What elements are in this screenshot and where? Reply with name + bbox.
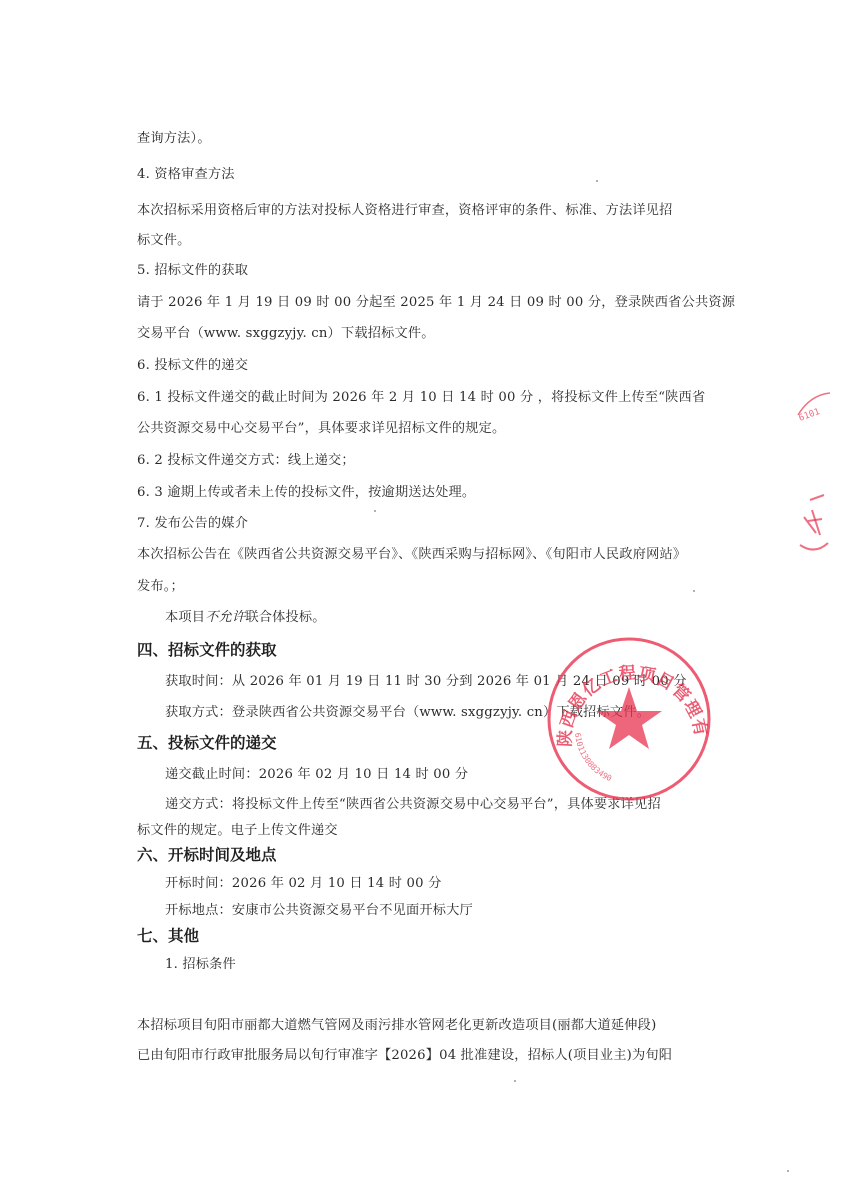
scan-speck — [596, 180, 598, 182]
text-line: 已由旬阳市行政审批服务局以旬行审准字【2026】04 批准建设，招标人(项目业主… — [137, 1047, 672, 1065]
text-fragment: 联合体投标。 — [245, 610, 325, 625]
text-line: 标文件的规定。电子上传文件递交 — [137, 822, 338, 840]
text-line: 本招标项目旬阳市丽都大道燃气管网及雨污排水管网老化更新改造项目(丽都大道延伸段) — [137, 1017, 656, 1035]
section-heading-7: 七、其他 — [137, 926, 199, 946]
text-line: 交易平台（www. sxggzyjy. cn）下载招标文件。 — [137, 325, 435, 343]
section-heading-5: 五、投标文件的递交 — [137, 733, 277, 753]
text-line: 查询方法）。 — [137, 130, 211, 148]
scan-speck — [514, 1080, 516, 1082]
opening-place: 开标地点：安康市公共资源交易平台不见面开标大厅 — [165, 902, 473, 920]
text-line: 6. 1 投标文件递交的截止时间为 2026 年 2 月 10 日 14 时 0… — [137, 389, 705, 407]
section-heading-4: 四、招标文件的获取 — [137, 640, 277, 660]
text-line: 本次招标公告在《陕西省公共资源交易平台》、《陕西采购与招标网》、《旬阳市人民政府… — [137, 546, 686, 564]
seal-number-text: 6101130883490 — [573, 732, 613, 783]
text-line: 公共资源交易中心交易平台”，具体要求详见招标文件的规定。 — [137, 420, 505, 438]
text-line: 发布。； — [137, 578, 184, 596]
text-line: 6. 2 投标文件递交方式：线上递交； — [137, 452, 355, 470]
opening-time: 开标时间：2026 年 02 月 10 日 14 时 00 分 — [165, 875, 442, 893]
emphasis-not-allowed: 不允许 — [205, 610, 245, 625]
text-line: 请于 2026 年 1 月 19 日 09 时 00 分起至 2025 年 1 … — [137, 294, 735, 312]
svg-text:6101130883490: 6101130883490 — [573, 732, 613, 783]
scan-speck — [693, 590, 695, 592]
company-seal-icon: 陕西恩亿工程项目管理有限公司 6101130883490 — [545, 635, 713, 803]
partial-seal-icon: 6101 — [790, 385, 841, 565]
subheading-submit-bids: 6. 投标文件的递交 — [137, 357, 248, 375]
subheading-qualification-review: 4. 资格审查方法 — [137, 166, 235, 184]
scan-speck — [374, 510, 376, 512]
subheading-publication-media: 7. 发布公告的媒介 — [137, 515, 248, 533]
scan-speck — [787, 1170, 789, 1172]
subheading-obtain-documents: 5. 招标文件的获取 — [137, 262, 248, 280]
text-fragment: 本项目 — [165, 610, 205, 625]
text-line: 本次招标采用资格后审的方法对投标人资格进行审查，资格评审的条件、标准、方法详见招 — [137, 202, 673, 220]
document-page: 查询方法）。 4. 资格审查方法 本次招标采用资格后审的方法对投标人资格进行审查… — [0, 0, 841, 1194]
subheading-tender-conditions: 1. 招标条件 — [165, 956, 236, 974]
section-heading-6: 六、开标时间及地点 — [137, 845, 277, 865]
text-line: 标文件。 — [137, 232, 191, 250]
submit-deadline: 递交截止时间：2026 年 02 月 10 日 14 时 00 分 — [165, 766, 468, 784]
consortium-note: 本项目不允许联合体投标。 — [165, 609, 326, 627]
text-line: 6. 3 逾期上传或者未上传的投标文件，按逾期送达处理。 — [137, 484, 475, 502]
